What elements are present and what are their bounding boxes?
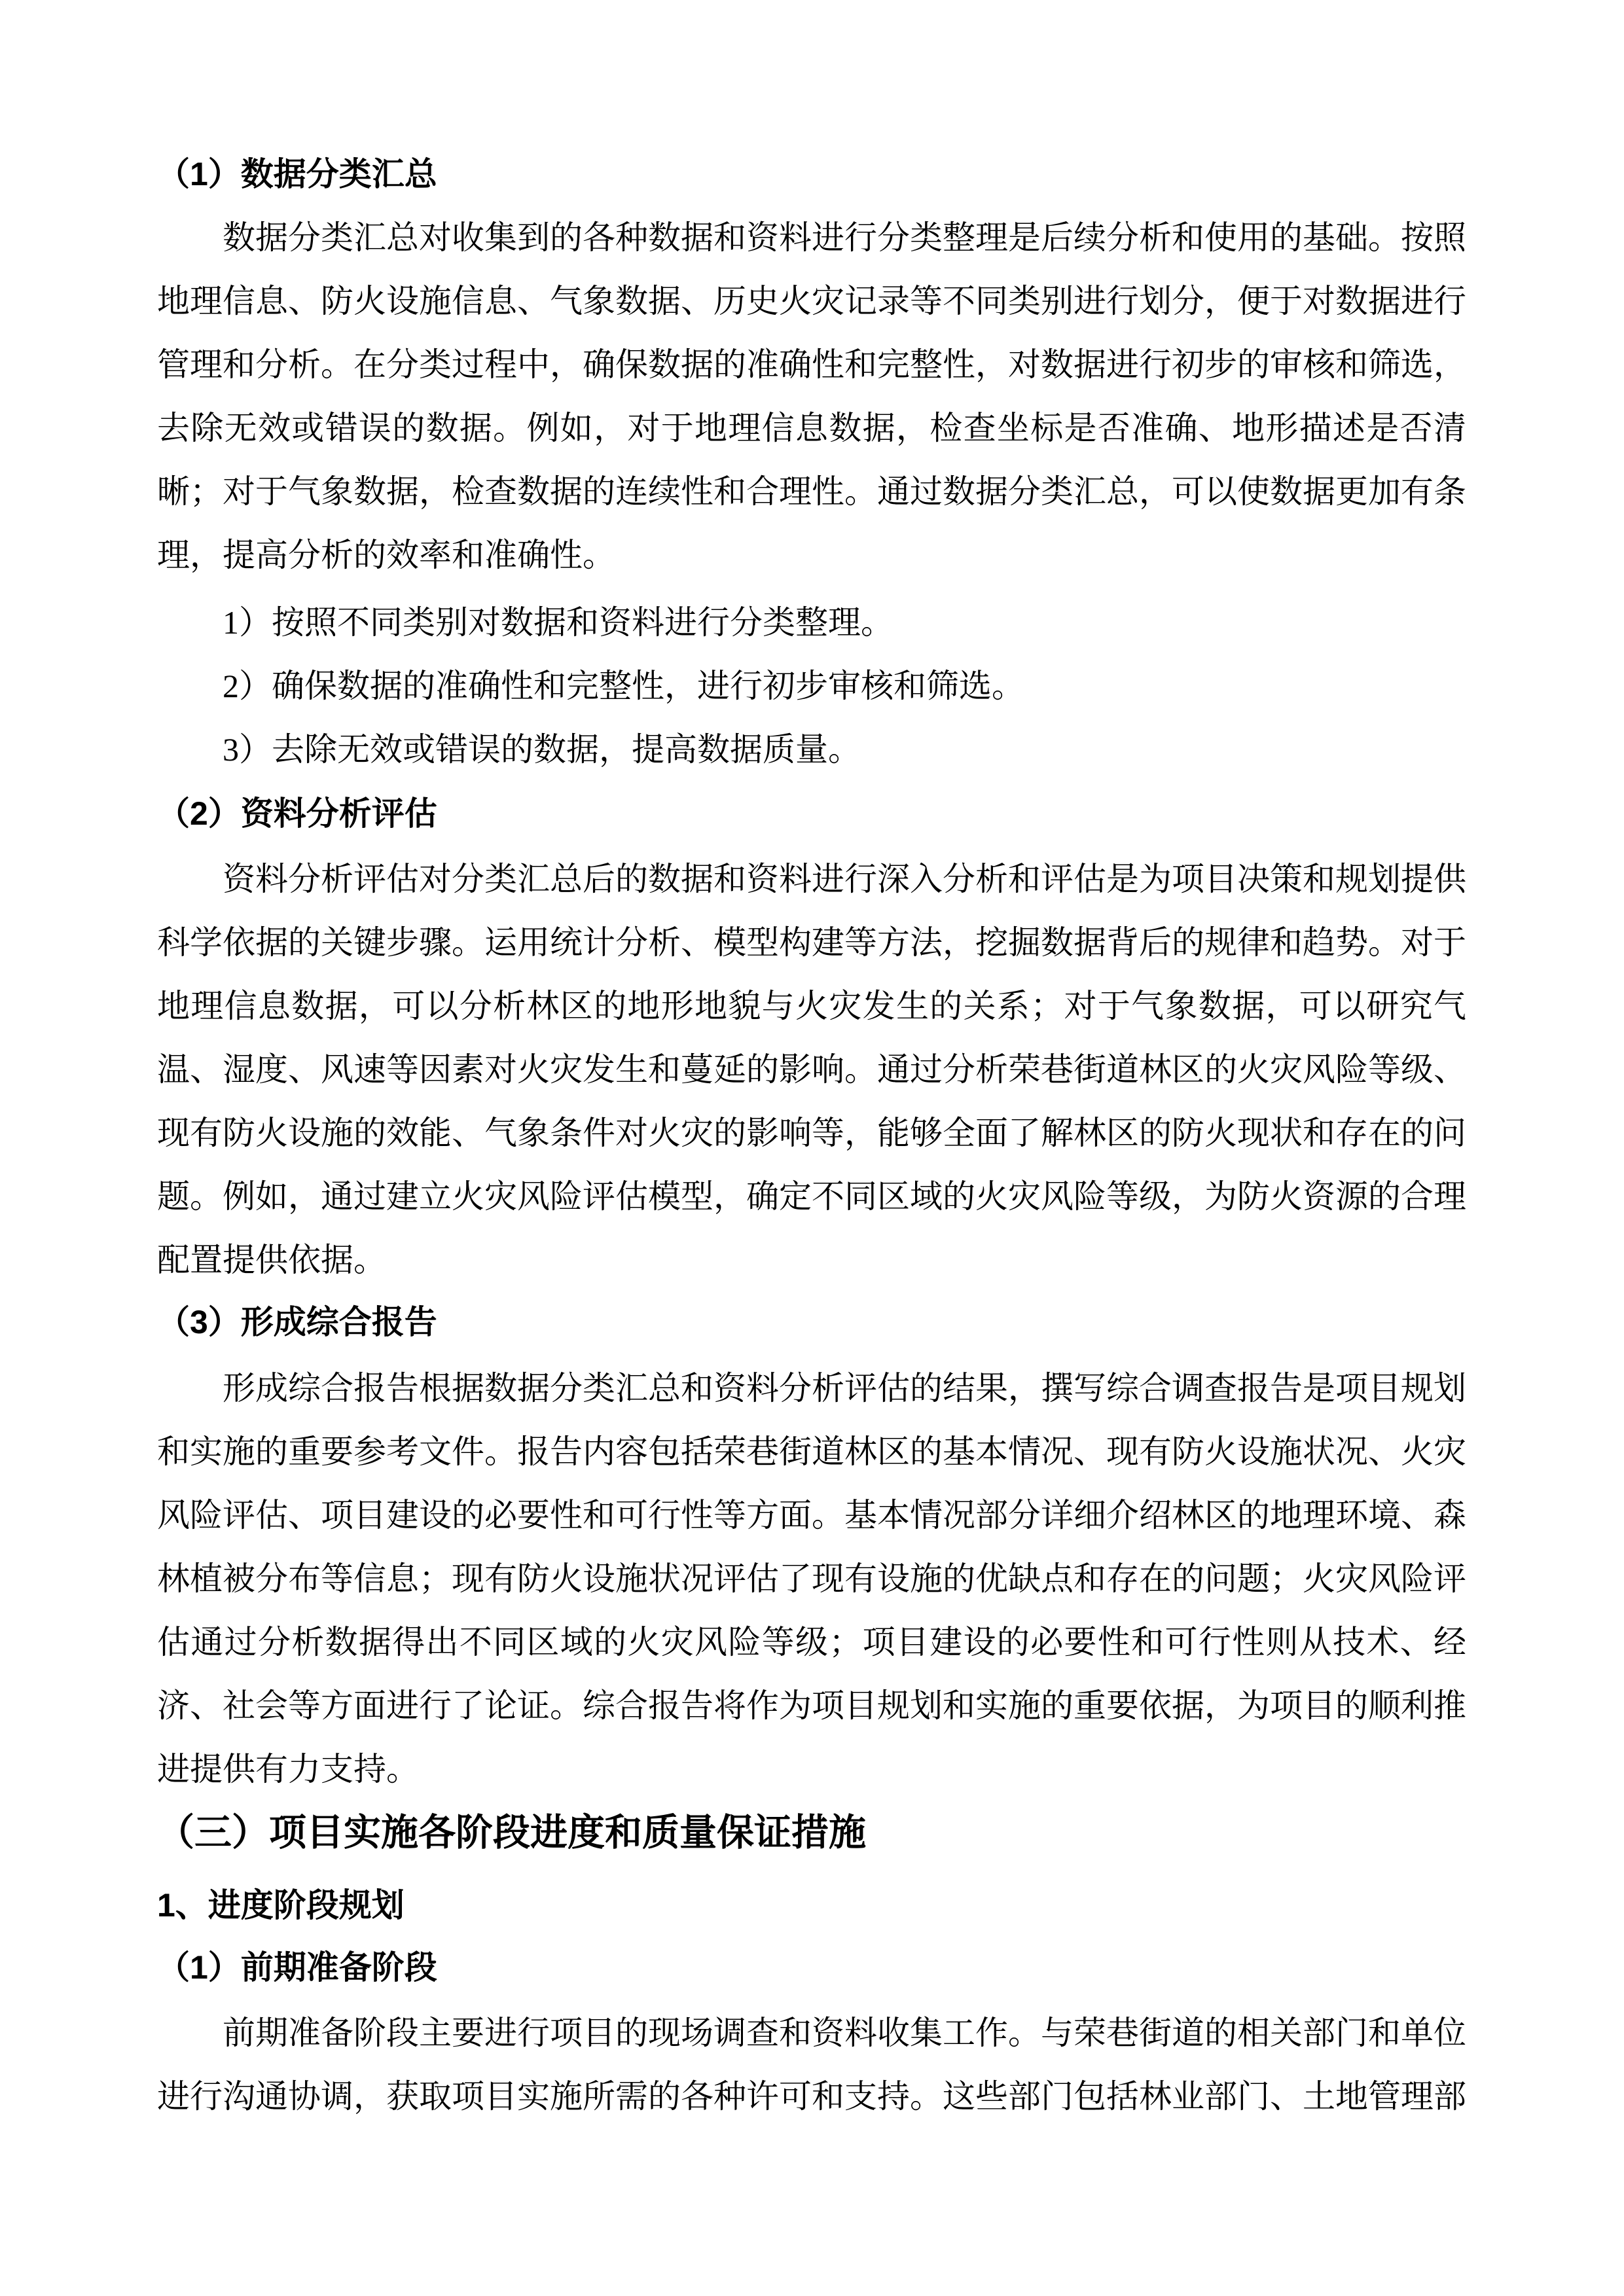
- text-line: 资料分析评估对分类汇总后的数据和资料进行深入分析和评估是为项目决策和规划提供: [157, 848, 1466, 911]
- paragraph-preparation-phase: 前期准备阶段主要进行项目的现场调查和资料收集工作。与荣巷街道的相关部门和单位进行…: [157, 2001, 1466, 2128]
- text-line: 估通过分析数据得出不同区域的火灾风险等级；项目建设的必要性和可行性则从技术、经: [157, 1611, 1466, 1674]
- text-line: 理，提高分析的效率和准确性。: [157, 524, 1466, 587]
- paragraph-comprehensive-report: 形成综合报告根据数据分类汇总和资料分析评估的结果，撰写综合调查报告是项目规划和实…: [157, 1357, 1466, 1801]
- numbered-list-data-classification: 1）按照不同类别对数据和资料进行分类整理。2）确保数据的准确性和完整性，进行初步…: [157, 591, 1466, 781]
- text-line: 配置提供依据。: [157, 1229, 1466, 1292]
- text-line: 1）按照不同类别对数据和资料进行分类整理。: [157, 591, 1466, 655]
- text-line: 温、湿度、风速等因素对火灾发生和蔓延的影响。通过分析荣巷街道林区的火灾风险等级、: [157, 1038, 1466, 1102]
- sub-heading-preparation-phase: （1）前期准备阶段: [157, 1936, 1466, 2000]
- text-line: 题。例如，通过建立火灾风险评估模型，确定不同区域的火灾风险等级，为防火资源的合理: [157, 1165, 1466, 1229]
- text-line: 济、社会等方面进行了论证。综合报告将作为项目规划和实施的重要依据，为项目的顺利推: [157, 1674, 1466, 1738]
- section-heading-implementation-phases: （三）项目实施各阶段进度和质量保证措施: [157, 1797, 1466, 1869]
- text-line: 风险评估、项目建设的必要性和可行性等方面。基本情况部分详细介绍林区的地理环境、森: [157, 1484, 1466, 1547]
- document-page: （1）数据分类汇总 数据分类汇总对收集到的各种数据和资料进行分类整理是后续分析和…: [0, 0, 1624, 2296]
- text-line: 形成综合报告根据数据分类汇总和资料分析评估的结果，撰写综合调查报告是项目规划: [157, 1357, 1466, 1420]
- text-line: 和实施的重要参考文件。报告内容包括荣巷街道林区的基本情况、现有防火设施状况、火灾: [157, 1420, 1466, 1484]
- text-line: 进行沟通协调，获取项目实施所需的各种许可和支持。这些部门包括林业部门、土地管理部: [157, 2065, 1466, 2128]
- text-line: 前期准备阶段主要进行项目的现场调查和资料收集工作。与荣巷街道的相关部门和单位: [157, 2001, 1466, 2065]
- text-line: 地理信息、防火设施信息、气象数据、历史火灾记录等不同类别进行划分，便于对数据进行: [157, 270, 1466, 333]
- text-line: 管理和分析。在分类过程中，确保数据的准确性和完整性，对数据进行初步的审核和筛选，: [157, 333, 1466, 397]
- text-line: 3）去除无效或错误的数据，提高数据质量。: [157, 718, 1466, 781]
- text-line: 数据分类汇总对收集到的各种数据和资料进行分类整理是后续分析和使用的基础。按照: [157, 206, 1466, 270]
- heading-data-analysis: （2）资料分析评估: [157, 782, 1466, 846]
- paragraph-data-analysis: 资料分析评估对分类汇总后的数据和资料进行深入分析和评估是为项目决策和规划提供科学…: [157, 848, 1466, 1292]
- heading-data-classification: （1）数据分类汇总: [157, 143, 1466, 206]
- heading-comprehensive-report: （3）形成综合报告: [157, 1291, 1466, 1354]
- paragraph-data-classification: 数据分类汇总对收集到的各种数据和资料进行分类整理是后续分析和使用的基础。按照地理…: [157, 206, 1466, 587]
- sub-heading-schedule-planning: 1、进度阶段规划: [157, 1874, 1466, 1937]
- text-line: 现有防火设施的效能、气象条件对火灾的影响等，能够全面了解林区的防火现状和存在的问: [157, 1102, 1466, 1165]
- text-line: 2）确保数据的准确性和完整性，进行初步审核和筛选。: [157, 655, 1466, 718]
- text-line: 进提供有力支持。: [157, 1738, 1466, 1801]
- text-line: 林植被分布等信息；现有防火设施状况评估了现有设施的优缺点和存在的问题；火灾风险评: [157, 1547, 1466, 1611]
- text-line: 晰；对于气象数据，检查数据的连续性和合理性。通过数据分类汇总，可以使数据更加有条: [157, 460, 1466, 524]
- text-line: 科学依据的关键步骤。运用统计分析、模型构建等方法，挖掘数据背后的规律和趋势。对于: [157, 911, 1466, 975]
- text-line: 去除无效或错误的数据。例如，对于地理信息数据，检查坐标是否准确、地形描述是否清: [157, 397, 1466, 460]
- text-line: 地理信息数据，可以分析林区的地形地貌与火灾发生的关系；对于气象数据，可以研究气: [157, 975, 1466, 1038]
